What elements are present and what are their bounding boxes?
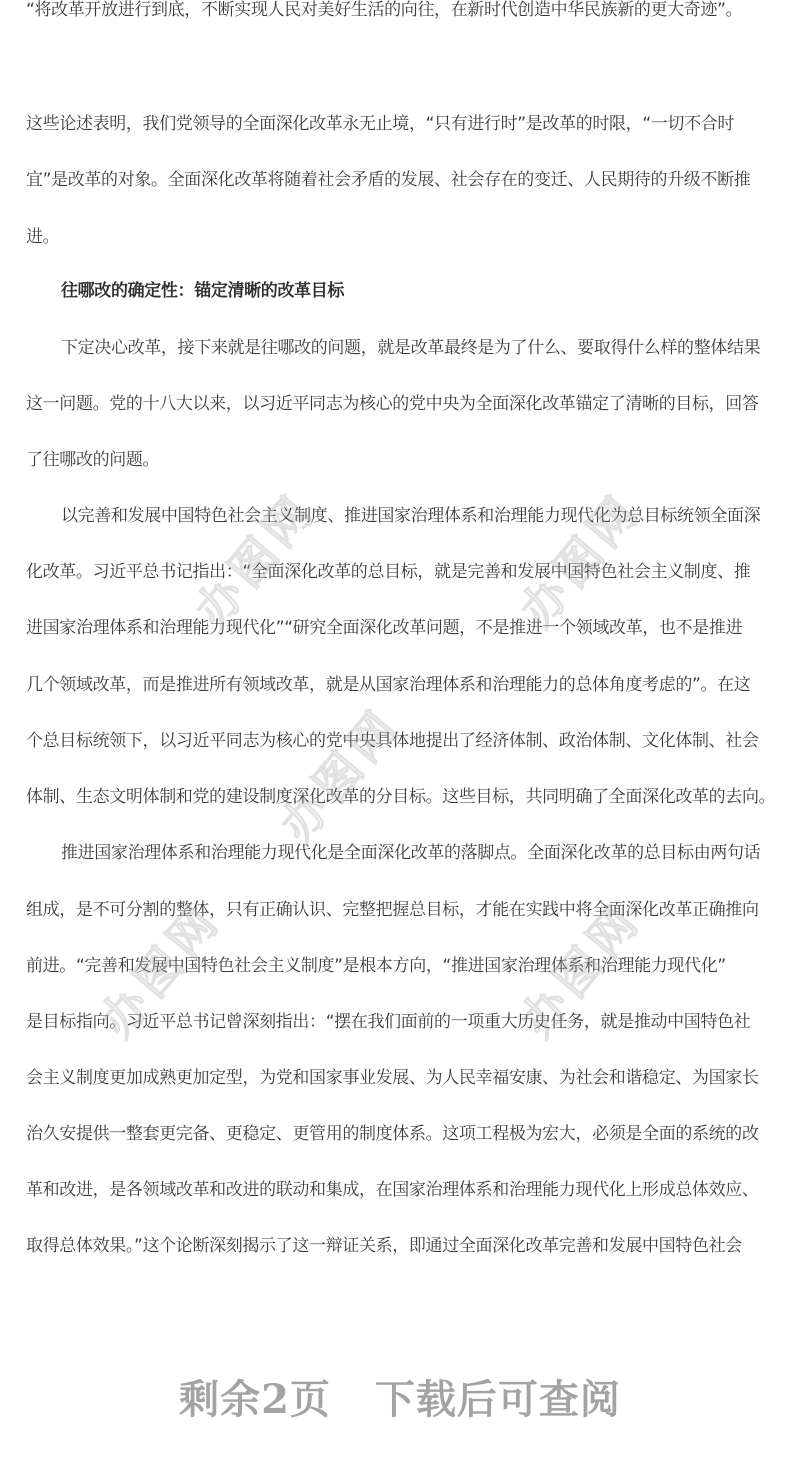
watermark: 办图网 [178,477,329,639]
text-line: 这一问题。党的十八大以来，以习近平同志为核心的党中央为全面深化改革锚定了清晰的目… [26,392,776,416]
text-line: 这些论述表明，我们党领导的全面深化改革永无止境，“只有进行时”是改革的时限，“一… [26,112,776,136]
download-to-view-label[interactable]: 下载后可查阅 [375,1368,621,1425]
remaining-pages-label: 剩余2页 [179,1368,331,1425]
text-line: 治久安提供一整套更完备、更稳定、更管用的制度体系。这项工程极为宏大，必须是全面的… [26,1122,776,1146]
text-line: 以完善和发展中国特色社会主义制度、推进国家治理体系和治理能力现代化为总目标统领全… [61,504,776,528]
text-line: 个总目标统领下，以习近平同志为核心的党中央具体地提出了经济体制、政治体制、文化体… [26,729,776,753]
text-line: 进。 [26,225,776,249]
watermark: 办图网 [503,477,654,639]
text-line: 了往哪改的问题。 [26,448,776,472]
text-line: 前进。“完善和发展中国特色社会主义制度”是根本方向，“推进国家治理体系和治理能力… [26,954,776,978]
section-heading: 往哪改的确定性：锚定清晰的改革目标 [61,279,776,303]
download-prompt[interactable]: 剩余2页下载后可查阅 [0,1368,800,1425]
text-line: 推进国家治理体系和治理能力现代化是全面深化改革的落脚点。全面深化改革的总目标由两… [61,841,776,865]
text-line: 组成，是不可分割的整体，只有正确认识、完整把握总目标，才能在实践中将全面深化改革… [26,898,776,922]
text-line: 进国家治理体系和治理能力现代化”“研究全面深化改革问题，不是推进一个领域改革，也… [26,616,776,640]
text-line: 取得总体效果。”这个论断深刻揭示了这一辩证关系，即通过全面深化改革完善和发展中国… [26,1234,776,1258]
watermark: 办图网 [263,692,414,854]
text-line: 化改革。习近平总书记指出：“全面深化改革的总目标，就是完善和发展中国特色社会主义… [26,560,776,584]
text-line: 是目标指向。习近平总书记曾深刻指出：“摆在我们面前的一项重大历史任务，就是推动中… [26,1010,776,1034]
text-line: 革和改进，是各领域改革和改进的联动和集成，在国家治理体系和治理能力现代化上形成总… [26,1178,776,1202]
text-line: “将改革开放进行到底，不断实现人民对美好生活的向往，在新时代创造中华民族新的更大… [26,0,776,22]
text-line: 宜”是改革的对象。全面深化改革将随着社会矛盾的发展、社会存在的变迁、人民期待的升… [26,168,776,192]
text-line: 下定决心改革，接下来就是往哪改的问题，就是改革最终是为了什么、要取得什么样的整体… [61,336,776,360]
text-line: 体制、生态文明体制和党的建设制度深化改革的分目标。这些目标，共同明确了全面深化改… [26,785,776,809]
text-line: 几个领域改革，而是推进所有领域改革，就是从国家治理体系和治理能力的总体角度考虑的… [26,673,776,697]
text-line: 会主义制度更加成熟更加定型，为党和国家事业发展、为人民幸福安康、为社会和谐稳定、… [26,1066,776,1090]
